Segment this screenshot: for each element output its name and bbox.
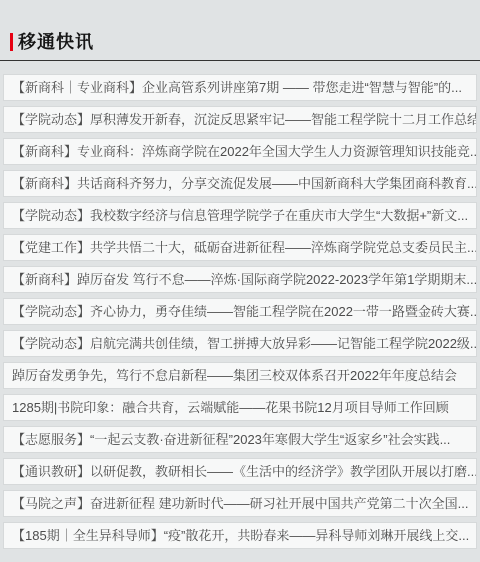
news-item[interactable]: 【党建工作】共学共悟二十大，砥砺奋进新征程——淬炼商学院党总支委员民主... bbox=[3, 234, 477, 261]
news-item[interactable]: 【学院动态】启航完满共创佳绩，智工拼搏大放异彩——记智能工程学院2022级... bbox=[3, 330, 477, 357]
news-item[interactable]: 【志愿服务】“一起云支教·奋进新征程”2023年寒假大学生“返家乡”社会实践..… bbox=[3, 426, 477, 453]
news-item[interactable]: 【新商科】踔厉奋发 笃行不怠——淬炼·国际商学院2022-2023学年第1学期期… bbox=[3, 266, 477, 293]
news-item[interactable]: 【185期｜全生异科导师】“疫”散花开，共盼春来——异科导师刘琳开展线上交... bbox=[3, 522, 477, 549]
section-header: 移通快讯 bbox=[0, 0, 480, 52]
news-item[interactable]: 【新商科】共话商科齐努力，分享交流促发展——中国新商科大学集团商科教育... bbox=[3, 170, 477, 197]
news-item[interactable]: 【马院之声】奋进新征程 建功新时代——研习社开展中国共产党第二十次全国... bbox=[3, 490, 477, 517]
accent-bar bbox=[10, 33, 13, 51]
news-item[interactable]: 【学院动态】我校数字经济与信息管理学院学子在重庆市大学生“大数据+”新文... bbox=[3, 202, 477, 229]
news-item[interactable]: 【新商科】专业商科：淬炼商学院在2022年全国大学生人力资源管理知识技能竞... bbox=[3, 138, 477, 165]
section-title: 移通快讯 bbox=[18, 33, 94, 51]
news-item[interactable]: 【新商科｜专业商科】企业高管系列讲座第7期 —— 带您走进“智慧与智能”的... bbox=[3, 74, 477, 101]
news-item[interactable]: 踔厉奋发勇争先，笃行不怠启新程——集团三校双体系召开2022年年度总结会 bbox=[3, 362, 477, 389]
news-item[interactable]: 【学院动态】厚积薄发开新春，沉淀反思紧牢记——智能工程学院十二月工作总结 bbox=[3, 106, 477, 133]
news-item[interactable]: 【学院动态】齐心协力，勇夺佳绩——智能工程学院在2022一带一路暨金砖大赛... bbox=[3, 298, 477, 325]
news-panel: 移通快讯 【新商科｜专业商科】企业高管系列讲座第7期 —— 带您走进“智慧与智能… bbox=[0, 0, 480, 562]
news-item[interactable]: 1285期|书院印象：融合共育，云端赋能——花果书院12月项目导师工作回顾 bbox=[3, 394, 477, 421]
news-item[interactable]: 【通识教研】以研促教，教研相长——《生活中的经济学》教学团队开展以打磨... bbox=[3, 458, 477, 485]
news-list: 【新商科｜专业商科】企业高管系列讲座第7期 —— 带您走进“智慧与智能”的...… bbox=[0, 74, 480, 549]
header-divider bbox=[0, 60, 480, 61]
